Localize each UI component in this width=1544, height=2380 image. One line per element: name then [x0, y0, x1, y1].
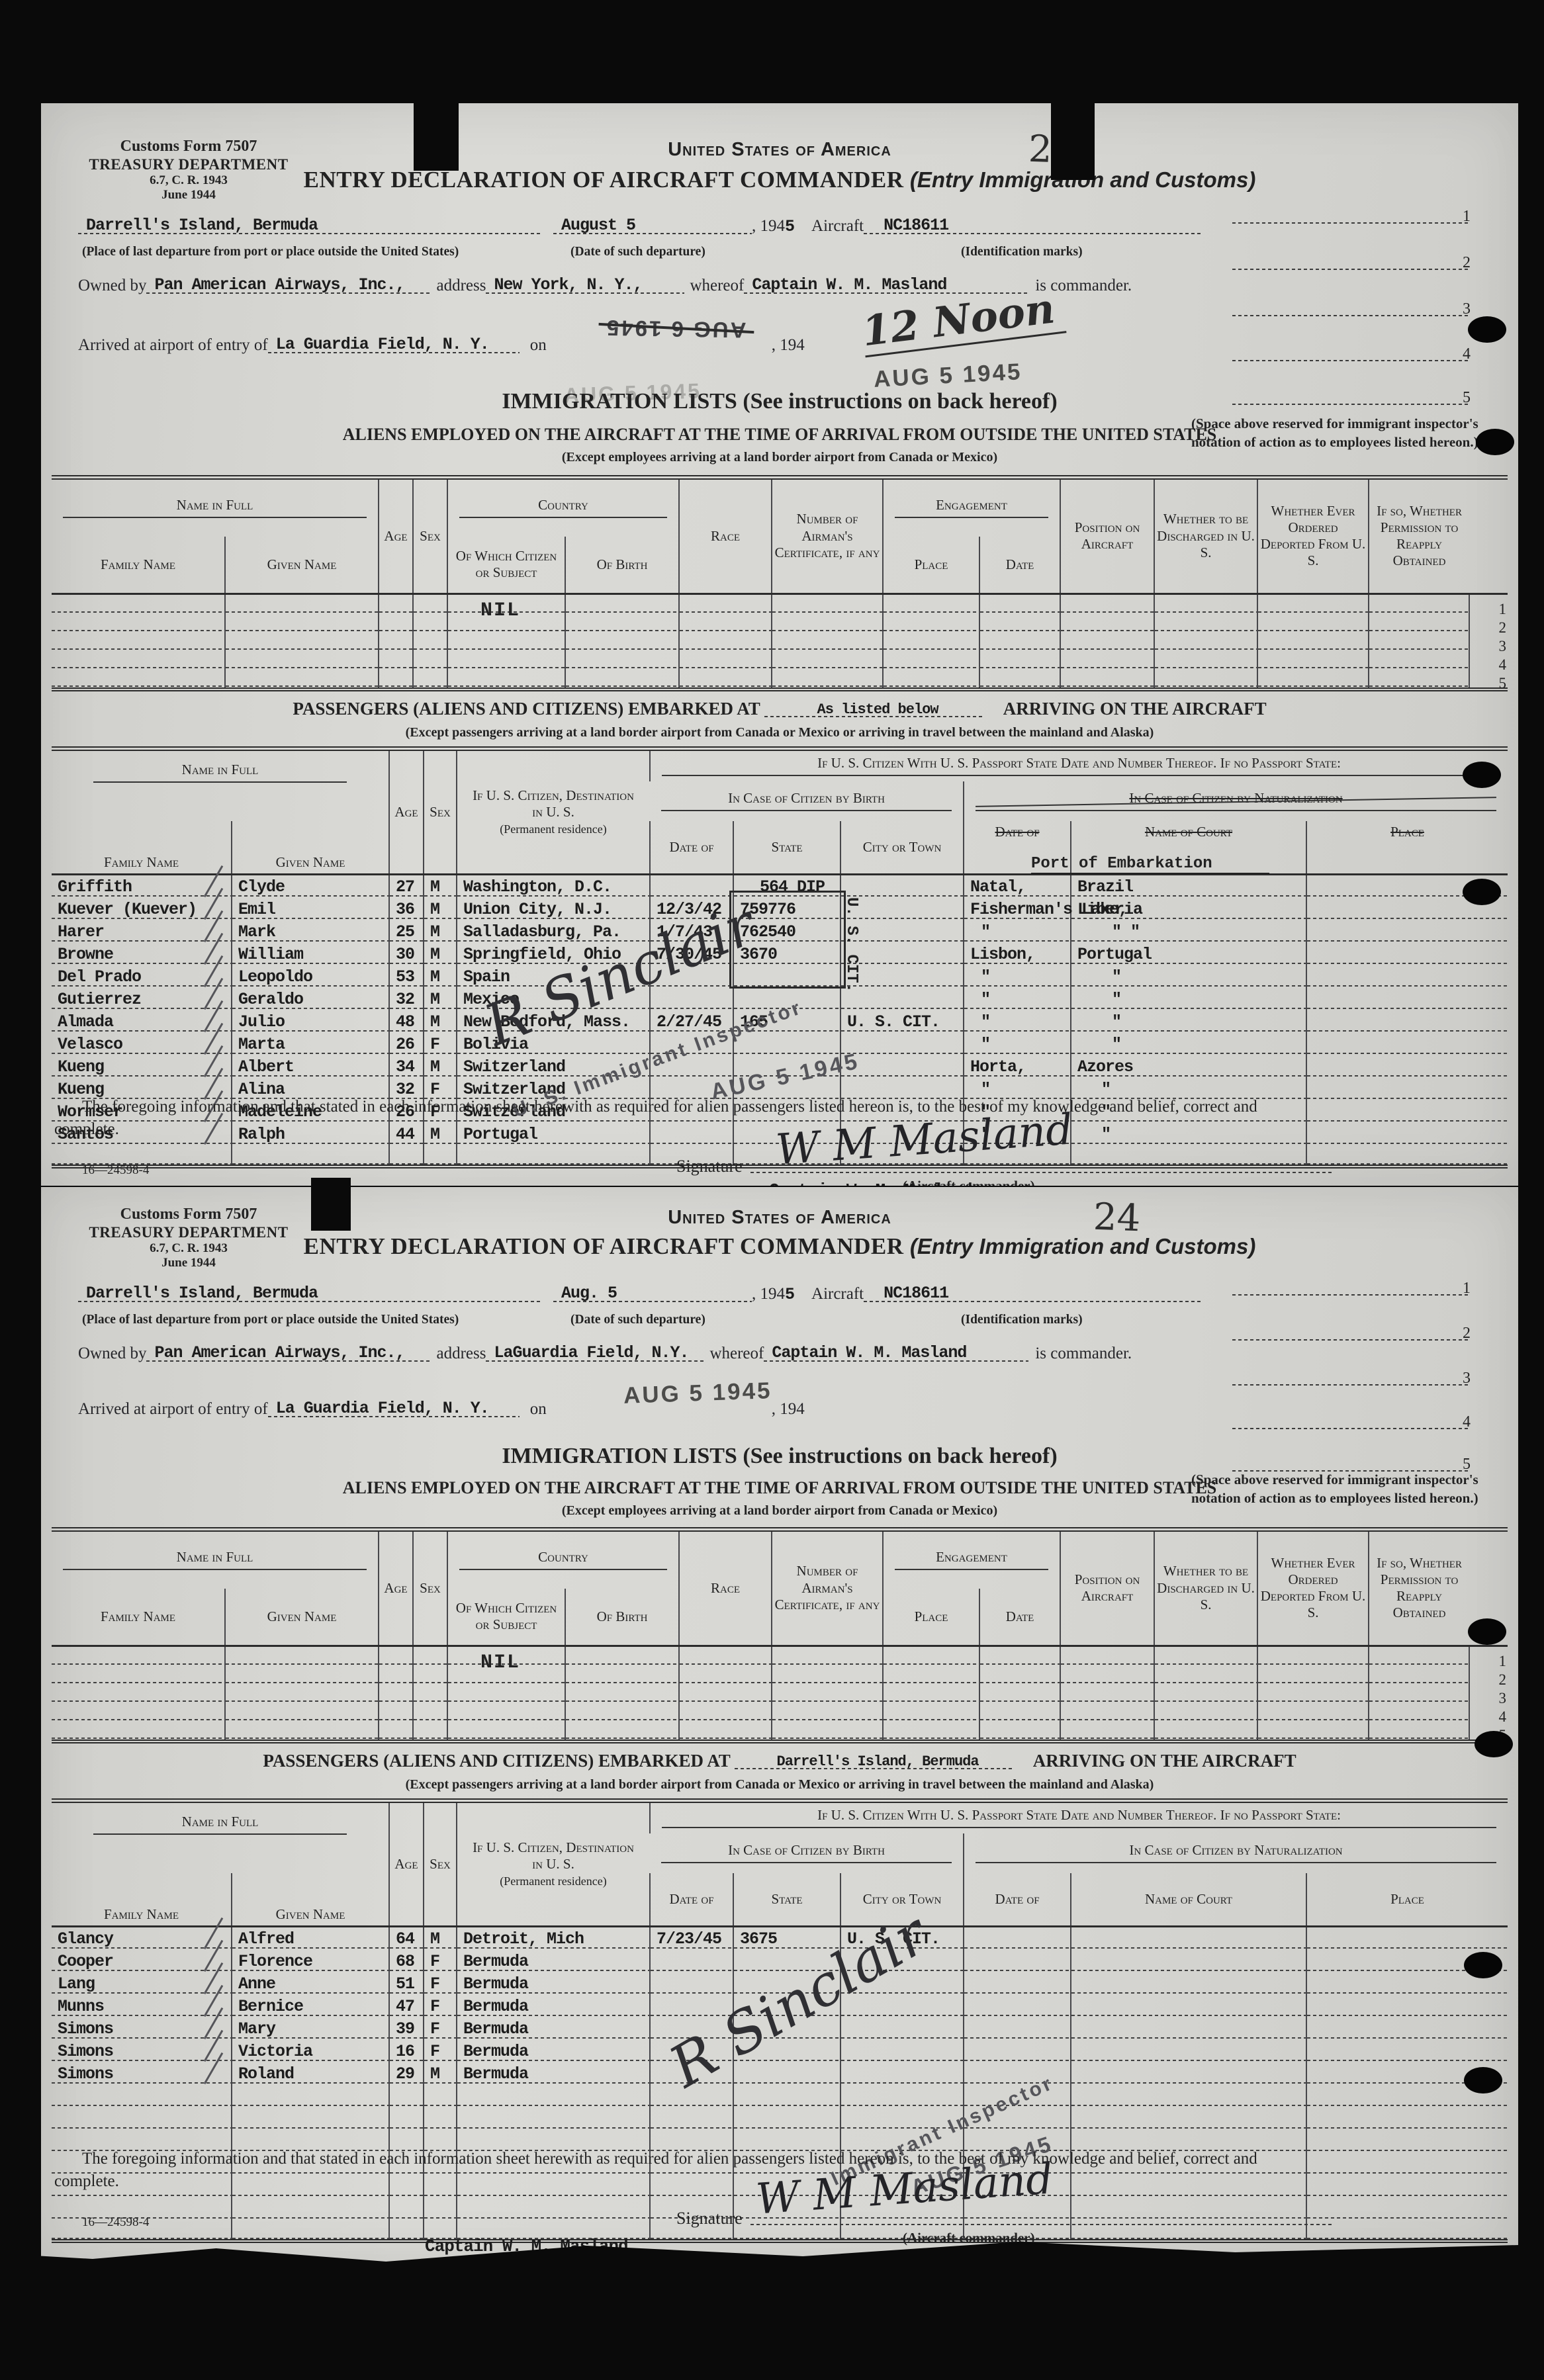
deported-header: Whether Ever Ordered Deported From U. S. — [1257, 1530, 1369, 1646]
is-commander-label: is commander. — [1035, 1344, 1132, 1363]
aliens-empty-row: 1 — [52, 1646, 1508, 1665]
sex-header: Sex — [413, 1530, 447, 1646]
departure-place-field: Darrell's Island, Bermuda — [78, 217, 541, 236]
crossed-date-stamp: AUG 6 1945 — [605, 315, 747, 343]
punch-hole — [1464, 1952, 1502, 1978]
aircraft-id-field: NC18611 — [864, 217, 1203, 236]
owner-value: Pan American Airways, Inc., — [146, 1343, 404, 1362]
punch-hole — [1476, 429, 1514, 455]
family-name-header: Family Name — [52, 821, 232, 874]
arrival-date-stamp: AUG 5 1945 — [623, 1378, 772, 1409]
form-page-2: Customs Form 7507 TREASURY DEPARTMENT 6.… — [41, 1187, 1518, 2263]
given-name-header: Given Name — [225, 537, 379, 594]
immigration-lists-heading: IMMIGRATION LISTS (See instructions on b… — [41, 389, 1518, 414]
aircraft-id-field: NC18611 — [864, 1285, 1203, 1304]
country-heading: United States of America — [41, 139, 1518, 161]
airport-value: La Guardia Field, N. Y. — [268, 335, 489, 354]
engagement-place-header: Place — [883, 1589, 979, 1646]
passengers-heading: PASSENGERS (ALIENS AND CITIZENS) EMBARKE… — [41, 699, 1518, 719]
arrived-label: Arrived at airport of entry of — [78, 336, 268, 355]
family-name-header: Family Name — [52, 1589, 225, 1646]
arrived-label: Arrived at airport of entry of — [78, 1400, 268, 1419]
age-header: Age — [389, 749, 424, 875]
airman-cert-header: Number of Airman's Certificate, if any — [772, 478, 883, 594]
aliens-employed-heading: ALIENS EMPLOYED ON THE AIRCRAFT AT THE T… — [41, 425, 1518, 445]
film-notch — [311, 1178, 351, 1231]
aliens-empty-row: 1 — [52, 594, 1508, 613]
aliens-empty-row: 2 — [52, 1665, 1508, 1684]
date-of-header: Date of — [650, 821, 733, 874]
sex-header: Sex — [424, 749, 457, 875]
on-label: on — [530, 1400, 547, 1419]
certification-footer: The foregoing information and that state… — [54, 2148, 1497, 2244]
address-value: New York, N. Y., — [486, 275, 642, 294]
sex-header: Sex — [424, 1801, 457, 1927]
aliens-employed-note: (Except employees arriving at a land bor… — [41, 450, 1518, 465]
departure-fields: Darrell's Island, Bermuda August 5 , 194… — [78, 217, 1203, 236]
passport-note-header: If U. S. Citizen With U. S. Passport Sta… — [662, 1807, 1496, 1828]
birth-country-header: Of Birth — [565, 1589, 679, 1646]
immigration-lists-heading: IMMIGRATION LISTS (See instructions on b… — [41, 1444, 1518, 1469]
whereof-label: whereof — [709, 1344, 764, 1363]
departure-date-caption: (Date of such departure) — [570, 1313, 705, 1327]
scanned-document: { "page1": { "page_number": "23", "head"… — [0, 0, 1544, 2380]
passenger-row: GlancyAlfred 64M Detroit, Mich7/23/45 36… — [52, 1926, 1508, 1949]
aliens-employed-note: (Except employees arriving at a land bor… — [41, 1503, 1518, 1519]
given-name-header: Given Name — [232, 1873, 389, 1926]
certification-footer: The foregoing information and that state… — [54, 1096, 1497, 1186]
address-label: address — [436, 277, 486, 295]
form-code: 16—24598-4 — [82, 1163, 149, 1178]
film-notch — [1051, 99, 1095, 180]
country-header: Country — [459, 497, 667, 518]
aliens-empty-row: 3 — [52, 632, 1508, 650]
owned-by-label: Owned by — [78, 277, 146, 295]
aliens-empty-row: 5 — [52, 669, 1508, 689]
empty-row — [52, 2106, 1508, 2129]
city-or-town-header: City or Town — [840, 821, 964, 874]
id-marks-caption: (Identification marks) — [961, 245, 1083, 259]
state-header: State — [733, 1873, 840, 1926]
passenger-row: CooperFlorence 68F Bermuda — [52, 1949, 1508, 1971]
citizen-of-header: Of Which Citizen or Subject — [447, 537, 565, 594]
commander-typed-name: Captain W. M. Masland — [769, 1180, 972, 1186]
airman-cert-header: Number of Airman's Certificate, if any — [772, 1530, 883, 1646]
aircraft-label: Aircraft — [811, 217, 864, 236]
engagement-header: Engagement — [895, 1549, 1048, 1570]
aliens-table: Name in Full Age Sex Country Race Number… — [52, 1527, 1508, 1743]
signature-label: Signature — [676, 1157, 743, 1176]
punch-hole — [1468, 1618, 1506, 1645]
country-heading: United States of America — [41, 1207, 1518, 1229]
film-notch — [414, 99, 459, 171]
engagement-place-header: Place — [883, 537, 979, 594]
passport-note-header: If U. S. Citizen With U. S. Passport Sta… — [662, 755, 1496, 776]
citizen-by-naturalization-header: In Case of Citizen by Naturalization — [976, 790, 1496, 811]
owner-value: Pan American Airways, Inc., — [146, 275, 404, 294]
nil-entry: NIL — [480, 599, 520, 622]
commander-value: Captain W. M. Masland — [764, 1343, 966, 1362]
passengers-note: (Except passengers arriving at a land bo… — [41, 1777, 1518, 1792]
departure-date-caption: (Date of such departure) — [570, 245, 705, 259]
on-label: on — [530, 336, 547, 355]
arrival-fields: Arrived at airport of entry of La Guardi… — [78, 336, 872, 355]
departure-place-caption: (Place of last departure from port or pl… — [82, 1313, 459, 1327]
form-page-1: Customs Form 7507 TREASURY DEPARTMENT 6.… — [41, 103, 1518, 1186]
departure-place-field: Darrell's Island, Bermuda — [78, 1285, 541, 1304]
citizen-by-naturalization-header: In Case of Citizen by Naturalization — [976, 1842, 1496, 1863]
reapply-header: If so, Whether Permission to Reapply Obt… — [1369, 478, 1469, 594]
race-header: Race — [679, 1530, 772, 1646]
arrival-date-stamp: AUG 5 1945 — [873, 359, 1022, 393]
address-label: address — [436, 1344, 486, 1363]
page-gap — [0, 0, 1544, 15]
punch-hole — [1468, 316, 1506, 343]
punch-hole — [1463, 762, 1501, 788]
family-name-header: Family Name — [52, 537, 225, 594]
family-name-header: Family Name — [52, 1873, 232, 1926]
aliens-empty-row: 2 — [52, 613, 1508, 632]
aliens-empty-row: 3 — [52, 1684, 1508, 1702]
form-title: ENTRY DECLARATION OF AIRCRAFT COMMANDER … — [41, 167, 1518, 193]
name-in-full-header: Name in Full — [93, 762, 347, 783]
position-header: Position on Aircraft — [1060, 478, 1154, 594]
aliens-empty-row: 5 — [52, 1721, 1508, 1741]
age-header: Age — [389, 1801, 424, 1927]
embarked-at-field: As listed below — [764, 699, 983, 719]
film-bottom-edge — [0, 2242, 1544, 2380]
aliens-empty-row: 4 — [52, 1702, 1508, 1721]
form-title: ENTRY DECLARATION OF AIRCRAFT COMMANDER … — [41, 1233, 1518, 1260]
passengers-heading: PASSENGERS (ALIENS AND CITIZENS) EMBARKE… — [41, 1751, 1518, 1771]
reapply-header: If so, Whether Permission to Reapply Obt… — [1369, 1530, 1469, 1646]
year-digit: 5 — [785, 217, 794, 236]
form-title-suffix: (Entry Immigration and Customs) — [910, 1234, 1256, 1258]
age-header: Age — [379, 478, 413, 594]
nil-entry: NIL — [480, 1652, 520, 1674]
departure-place-caption: (Place of last departure from port or pl… — [82, 245, 459, 259]
nat-date-of-header: Date of — [964, 1873, 1071, 1926]
destination-header: If U. S. Citizen, Destination in U. S. (… — [457, 1801, 650, 1927]
place-header: Place — [1306, 821, 1508, 874]
year-digit: 5 — [785, 1285, 794, 1304]
passenger-row: VelascoMarta 26F Bolivia "" — [52, 1032, 1508, 1054]
departure-fields: Darrell's Island, Bermuda Aug. 5 , 194 5… — [78, 1285, 1203, 1304]
position-header: Position on Aircraft — [1060, 1530, 1154, 1646]
passengers-note: (Except passengers arriving at a land bo… — [41, 725, 1518, 740]
form-code: 16—24598-4 — [82, 2215, 149, 2230]
punch-hole — [1463, 879, 1501, 905]
address-value: LaGuardia Field, N.Y. — [486, 1343, 688, 1362]
place-header: Place — [1306, 1873, 1508, 1926]
name-of-court-header: Name of Court — [1071, 1873, 1306, 1926]
aliens-table: Name in Full Age Sex Country Race Number… — [52, 475, 1508, 691]
given-name-header: Given Name — [225, 1589, 379, 1646]
race-header: Race — [679, 478, 772, 594]
commander-value: Captain W. M. Masland — [744, 275, 946, 294]
engagement-header: Engagement — [895, 497, 1048, 518]
name-in-full-header: Name in Full — [63, 497, 367, 518]
citizen-by-birth-header: In Case of Citizen by Birth — [661, 1842, 952, 1863]
passenger-row: SimonsRoland 29M Bermuda — [52, 2061, 1508, 2084]
date-of-header: Date of — [650, 1873, 733, 1926]
aircraft-label: Aircraft — [811, 1285, 864, 1303]
id-marks-caption: (Identification marks) — [961, 1313, 1083, 1327]
whereof-label: whereof — [690, 277, 744, 295]
deported-header: Whether Ever Ordered Deported From U. S. — [1257, 478, 1369, 594]
citizen-of-header: Of Which Citizen or Subject — [447, 1589, 565, 1646]
port-of-embarkation-overlay: Port of Embarkation — [1031, 855, 1269, 874]
signature-label: Signature — [676, 2209, 743, 2228]
owner-fields: Owned by Pan American Airways, Inc., add… — [78, 1344, 1203, 1364]
engagement-date-header: Date — [979, 537, 1060, 594]
destination-header: If U. S. Citizen, Destination in U. S. (… — [457, 749, 650, 875]
punch-hole — [1464, 2067, 1502, 2094]
discharged-header: Whether to be Discharged in U. S. — [1154, 1530, 1257, 1646]
embarked-at-field: Darrell's Island, Bermuda — [735, 1751, 1013, 1771]
owned-by-label: Owned by — [78, 1344, 146, 1363]
departure-date-field: Aug. 5 — [553, 1285, 752, 1304]
aliens-empty-row: 4 — [52, 650, 1508, 669]
discharged-header: Whether to be Discharged in U. S. — [1154, 478, 1257, 594]
punch-hole — [1475, 1731, 1513, 1757]
name-in-full-header: Name in Full — [63, 1549, 367, 1570]
birth-country-header: Of Birth — [565, 537, 679, 594]
age-header: Age — [379, 1530, 413, 1646]
state-header: State — [733, 821, 840, 874]
citizen-by-birth-header: In Case of Citizen by Birth — [661, 790, 952, 811]
sex-header: Sex — [413, 478, 447, 594]
given-name-header: Given Name — [232, 821, 389, 874]
name-in-full-header: Name in Full — [93, 1814, 347, 1835]
country-header: Country — [459, 1549, 667, 1570]
airport-value: La Guardia Field, N. Y. — [268, 1399, 489, 1418]
empty-row — [52, 2084, 1508, 2106]
aliens-employed-heading: ALIENS EMPLOYED ON THE AIRCRAFT AT THE T… — [41, 1478, 1518, 1498]
us-citizen-vertical-note: U. S. CIT. — [842, 897, 860, 992]
departure-date-field: August 5 — [553, 217, 752, 236]
engagement-date-header: Date — [979, 1589, 1060, 1646]
